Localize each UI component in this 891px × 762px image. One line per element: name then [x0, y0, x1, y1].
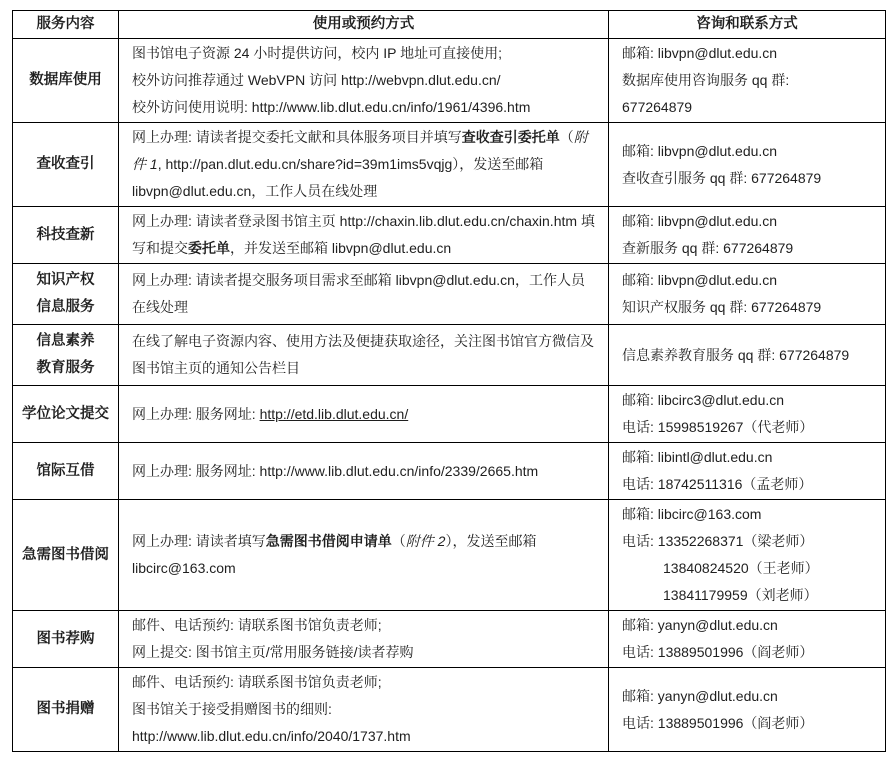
contact-cell: 邮箱: yanyn@dlut.edu.cn电话: 13889501996（阎老师…	[609, 668, 886, 752]
method-cell: 网上办理: 请读者登录图书馆主页 http://chaxin.lib.dlut.…	[119, 207, 609, 264]
text-line: 图书馆电子资源 24 小时提供访问，校内 IP 地址可直接使用;	[132, 40, 595, 67]
text-line: 邮箱: libvpn@dlut.edu.cn	[622, 138, 872, 165]
text-segment: libcirc@163.com	[132, 560, 236, 576]
text-line: 电话: 13889501996（阎老师）	[622, 710, 872, 737]
text-segment: 邮件、电话预约: 请联系图书馆负责老师;	[132, 617, 382, 633]
service-name: 学位论文提交	[15, 401, 116, 428]
table-row: 信息素养教育服务在线了解电子资源内容、使用方法及便捷获取途径，关注图书馆官方微信…	[13, 325, 886, 386]
text-segment: 附件 2	[406, 533, 446, 549]
table-row: 数据库使用图书馆电子资源 24 小时提供访问，校内 IP 地址可直接使用;校外访…	[13, 39, 886, 123]
service-cell: 图书捐赠	[13, 668, 119, 752]
text-segment: 邮箱: libvpn@dlut.edu.cn	[622, 272, 777, 288]
text-segment: 邮箱: libvpn@dlut.edu.cn	[622, 45, 777, 61]
text-segment: 电话: 13889501996（阎老师）	[622, 715, 813, 731]
method-cell: 在线了解电子资源内容、使用方法及便捷获取途径，关注图书馆官方微信及图书馆主页的通…	[119, 325, 609, 386]
service-cell: 知识产权信息服务	[13, 264, 119, 325]
text-line: 知识产权服务 qq 群: 677264879	[622, 294, 872, 321]
table-row: 查收查引网上办理: 请读者提交委托文献和具体服务项目并填写查收查引委托单（附件 …	[13, 123, 886, 207]
contact-cell: 邮箱: libcirc@163.com电话: 13352268371（梁老师）1…	[609, 500, 886, 611]
text-line: 校外访问使用说明: http://www.lib.dlut.edu.cn/inf…	[132, 94, 595, 121]
text-segment: 邮箱: libvpn@dlut.edu.cn	[622, 143, 777, 159]
table-row: 知识产权信息服务网上办理: 请读者提交服务项目需求至邮箱 libvpn@dlut…	[13, 264, 886, 325]
text-line: 信息素养教育服务 qq 群: 677264879	[622, 342, 872, 369]
text-segment: 查收查引服务 qq 群: 677264879	[622, 170, 821, 186]
text-segment: 急需图书借阅申请单	[266, 533, 392, 549]
method-cell: 邮件、电话预约: 请联系图书馆负责老师;图书馆关于接受捐赠图书的细则:http:…	[119, 668, 609, 752]
text-line: 13840824520（王老师）	[622, 555, 872, 582]
text-segment: 网上提交: 图书馆主页/常用服务链接/读者荐购	[132, 644, 414, 660]
text-segment: 校外访问使用说明: http://www.lib.dlut.edu.cn/inf…	[132, 99, 530, 115]
service-cell: 查收查引	[13, 123, 119, 207]
contact-cell: 邮箱: libcirc3@dlut.edu.cn电话: 15998519267（…	[609, 386, 886, 443]
text-line: 网上办理: 请读者登录图书馆主页 http://chaxin.lib.dlut.…	[132, 208, 595, 262]
text-line: 在线了解电子资源内容、使用方法及便捷获取途径，关注图书馆官方微信及图书馆主页的通…	[132, 328, 595, 382]
contact-cell: 邮箱: libvpn@dlut.edu.cn知识产权服务 qq 群: 67726…	[609, 264, 886, 325]
service-cell: 数据库使用	[13, 39, 119, 123]
text-segment: 电话: 15998519267（代老师）	[622, 419, 813, 435]
text-segment: 网上办理: 服务网址:	[132, 406, 260, 422]
contact-cell: 邮箱: libintl@dlut.edu.cn电话: 18742511316（孟…	[609, 443, 886, 500]
text-line: 校外访问推荐通过 WebVPN 访问 http://webvpn.dlut.ed…	[132, 67, 595, 94]
method-cell: 网上办理: 请读者提交服务项目需求至邮箱 libvpn@dlut.edu.cn，…	[119, 264, 609, 325]
text-line: 邮箱: libcirc3@dlut.edu.cn	[622, 387, 872, 414]
text-segment: 数据库使用咨询服务 qq 群:	[622, 72, 789, 88]
text-line: 电话: 15998519267（代老师）	[622, 414, 872, 441]
text-line: 查新服务 qq 群: 677264879	[622, 235, 872, 262]
service-cell: 学位论文提交	[13, 386, 119, 443]
service-cell: 馆际互借	[13, 443, 119, 500]
text-segment: 邮箱: libvpn@dlut.edu.cn	[622, 213, 777, 229]
text-segment: 邮箱: libcirc3@dlut.edu.cn	[622, 392, 784, 408]
contact-cell: 信息素养教育服务 qq 群: 677264879	[609, 325, 886, 386]
method-cell: 网上办理: 服务网址: http://etd.lib.dlut.edu.cn/	[119, 386, 609, 443]
text-line: 邮箱: libvpn@dlut.edu.cn	[622, 40, 872, 67]
method-cell: 网上办理: 服务网址: http://www.lib.dlut.edu.cn/i…	[119, 443, 609, 500]
service-name: 教育服务	[15, 355, 116, 382]
service-cell: 科技查新	[13, 207, 119, 264]
text-segment: 查收查引委托单	[462, 129, 560, 145]
text-segment: 校外访问推荐通过 WebVPN 访问 http://webvpn.dlut.ed…	[132, 72, 501, 88]
table-row: 科技查新网上办理: 请读者登录图书馆主页 http://chaxin.lib.d…	[13, 207, 886, 264]
text-segment: 邮箱: libcirc@163.com	[622, 506, 761, 522]
text-segment: （	[392, 533, 406, 549]
text-segment: 电话: 13889501996（阎老师）	[622, 644, 813, 660]
method-cell: 邮件、电话预约: 请联系图书馆负责老师;网上提交: 图书馆主页/常用服务链接/读…	[119, 611, 609, 668]
text-line: 邮箱: libvpn@dlut.edu.cn	[622, 208, 872, 235]
text-segment: 网上办理: 请读者提交服务项目需求至邮箱 libvpn@dlut.edu.cn，…	[132, 272, 585, 315]
text-segment: 电话: 13352268371（梁老师）	[622, 533, 813, 549]
text-line: 电话: 13352268371（梁老师）	[622, 528, 872, 555]
text-line: 电话: 13889501996（阎老师）	[622, 639, 872, 666]
text-line: 网上办理: 请读者提交服务项目需求至邮箱 libvpn@dlut.edu.cn，…	[132, 267, 595, 321]
table-body: 数据库使用图书馆电子资源 24 小时提供访问，校内 IP 地址可直接使用;校外访…	[13, 39, 886, 752]
text-line: 网上提交: 图书馆主页/常用服务链接/读者荐购	[132, 639, 595, 666]
header-service-content: 服务内容	[13, 11, 119, 39]
text-segment: 电话: 18742511316（孟老师）	[622, 476, 812, 492]
text-line: 查收查引服务 qq 群: 677264879	[622, 165, 872, 192]
service-name: 查收查引	[15, 151, 116, 178]
service-name: 急需图书借阅	[15, 542, 116, 569]
text-segment: 677264879	[622, 99, 692, 115]
text-line: 邮箱: libintl@dlut.edu.cn	[622, 444, 872, 471]
text-line: 网上办理: 服务网址: http://etd.lib.dlut.edu.cn/	[132, 401, 595, 428]
table-row: 急需图书借阅网上办理: 请读者填写急需图书借阅申请单（附件 2），发送至邮箱li…	[13, 500, 886, 611]
service-name: 信息素养	[15, 328, 116, 355]
contact-cell: 邮箱: yanyn@dlut.edu.cn电话: 13889501996（阎老师…	[609, 611, 886, 668]
page: 服务内容 使用或预约方式 咨询和联系方式 数据库使用图书馆电子资源 24 小时提…	[0, 0, 891, 762]
text-segment: （	[560, 129, 574, 145]
service-name: 数据库使用	[15, 67, 116, 94]
table-row: 图书荐购邮件、电话预约: 请联系图书馆负责老师;网上提交: 图书馆主页/常用服务…	[13, 611, 886, 668]
method-cell: 图书馆电子资源 24 小时提供访问，校内 IP 地址可直接使用;校外访问推荐通过…	[119, 39, 609, 123]
text-segment: 网上办理: 请读者填写	[132, 533, 266, 549]
service-name: 知识产权	[15, 267, 116, 294]
header-row: 服务内容 使用或预约方式 咨询和联系方式	[13, 11, 886, 39]
text-line: 邮箱: yanyn@dlut.edu.cn	[622, 683, 872, 710]
service-cell: 信息素养教育服务	[13, 325, 119, 386]
text-segment: 委托单	[188, 240, 230, 256]
text-line: 邮箱: libcirc@163.com	[622, 501, 872, 528]
table-row: 学位论文提交网上办理: 服务网址: http://etd.lib.dlut.ed…	[13, 386, 886, 443]
method-cell: 网上办理: 请读者填写急需图书借阅申请单（附件 2），发送至邮箱libcirc@…	[119, 500, 609, 611]
contact-cell: 邮箱: libvpn@dlut.edu.cn查新服务 qq 群: 6772648…	[609, 207, 886, 264]
text-segment: 网上办理: 服务网址: http://www.lib.dlut.edu.cn/i…	[132, 463, 538, 479]
service-name: 科技查新	[15, 222, 116, 249]
text-segment: 13840824520（王老师）	[663, 560, 819, 576]
table-row: 馆际互借网上办理: 服务网址: http://www.lib.dlut.edu.…	[13, 443, 886, 500]
text-line: 邮件、电话预约: 请联系图书馆负责老师;	[132, 669, 595, 696]
text-line: 13841179959（刘老师）	[622, 582, 872, 609]
method-cell: 网上办理: 请读者提交委托文献和具体服务项目并填写查收查引委托单（附件 1, h…	[119, 123, 609, 207]
text-line: http://www.lib.dlut.edu.cn/info/2040/173…	[132, 723, 595, 750]
text-segment: 网上办理: 请读者提交委托文献和具体服务项目并填写	[132, 129, 462, 145]
text-segment: 信息素养教育服务 qq 群: 677264879	[622, 347, 849, 363]
service-name: 馆际互借	[15, 458, 116, 485]
library-services-table: 服务内容 使用或预约方式 咨询和联系方式 数据库使用图书馆电子资源 24 小时提…	[12, 10, 886, 752]
text-segment: http://www.lib.dlut.edu.cn/info/2040/173…	[132, 728, 411, 744]
text-line: 数据库使用咨询服务 qq 群:	[622, 67, 872, 94]
service-name: 图书荐购	[15, 626, 116, 653]
text-line: 677264879	[622, 94, 872, 121]
text-line: 电话: 18742511316（孟老师）	[622, 471, 872, 498]
text-segment: 知识产权服务 qq 群: 677264879	[622, 299, 821, 315]
service-url-link[interactable]: http://etd.lib.dlut.edu.cn/	[260, 406, 409, 422]
text-segment: 邮箱: yanyn@dlut.edu.cn	[622, 617, 778, 633]
text-segment: 邮件、电话预约: 请联系图书馆负责老师;	[132, 674, 382, 690]
text-segment: 邮箱: libintl@dlut.edu.cn	[622, 449, 772, 465]
text-line: 网上办理: 请读者提交委托文献和具体服务项目并填写查收查引委托单（附件 1, h…	[132, 124, 595, 205]
contact-cell: 邮箱: libvpn@dlut.edu.cn数据库使用咨询服务 qq 群:677…	[609, 39, 886, 123]
text-segment: 邮箱: yanyn@dlut.edu.cn	[622, 688, 778, 704]
service-cell: 急需图书借阅	[13, 500, 119, 611]
text-segment: 在线了解电子资源内容、使用方法及便捷获取途径，关注图书馆官方微信及图书馆主页的通…	[132, 333, 594, 376]
text-line: 邮箱: yanyn@dlut.edu.cn	[622, 612, 872, 639]
table-row: 图书捐赠邮件、电话预约: 请联系图书馆负责老师;图书馆关于接受捐赠图书的细则:h…	[13, 668, 886, 752]
header-contact-info: 咨询和联系方式	[609, 11, 886, 39]
text-segment: , http://pan.dlut.edu.cn/share?id=39m1im…	[132, 156, 543, 199]
text-line: libcirc@163.com	[132, 555, 595, 582]
text-segment: 图书馆电子资源 24 小时提供访问，校内 IP 地址可直接使用;	[132, 45, 502, 61]
text-line: 网上办理: 请读者填写急需图书借阅申请单（附件 2），发送至邮箱	[132, 528, 595, 555]
text-segment: 图书馆关于接受捐赠图书的细则:	[132, 701, 332, 717]
text-line: 邮箱: libvpn@dlut.edu.cn	[622, 267, 872, 294]
text-segment: 13841179959（刘老师）	[663, 587, 818, 603]
service-name: 图书捐赠	[15, 696, 116, 723]
text-segment: 查新服务 qq 群: 677264879	[622, 240, 793, 256]
service-name: 信息服务	[15, 294, 116, 321]
text-line: 图书馆关于接受捐赠图书的细则:	[132, 696, 595, 723]
header-usage-method: 使用或预约方式	[119, 11, 609, 39]
text-segment: ），发送至邮箱	[445, 533, 536, 549]
service-cell: 图书荐购	[13, 611, 119, 668]
text-segment: ，并发送至邮箱 libvpn@dlut.edu.cn	[230, 240, 451, 256]
text-line: 网上办理: 服务网址: http://www.lib.dlut.edu.cn/i…	[132, 458, 595, 485]
text-line: 邮件、电话预约: 请联系图书馆负责老师;	[132, 612, 595, 639]
contact-cell: 邮箱: libvpn@dlut.edu.cn查收查引服务 qq 群: 67726…	[609, 123, 886, 207]
